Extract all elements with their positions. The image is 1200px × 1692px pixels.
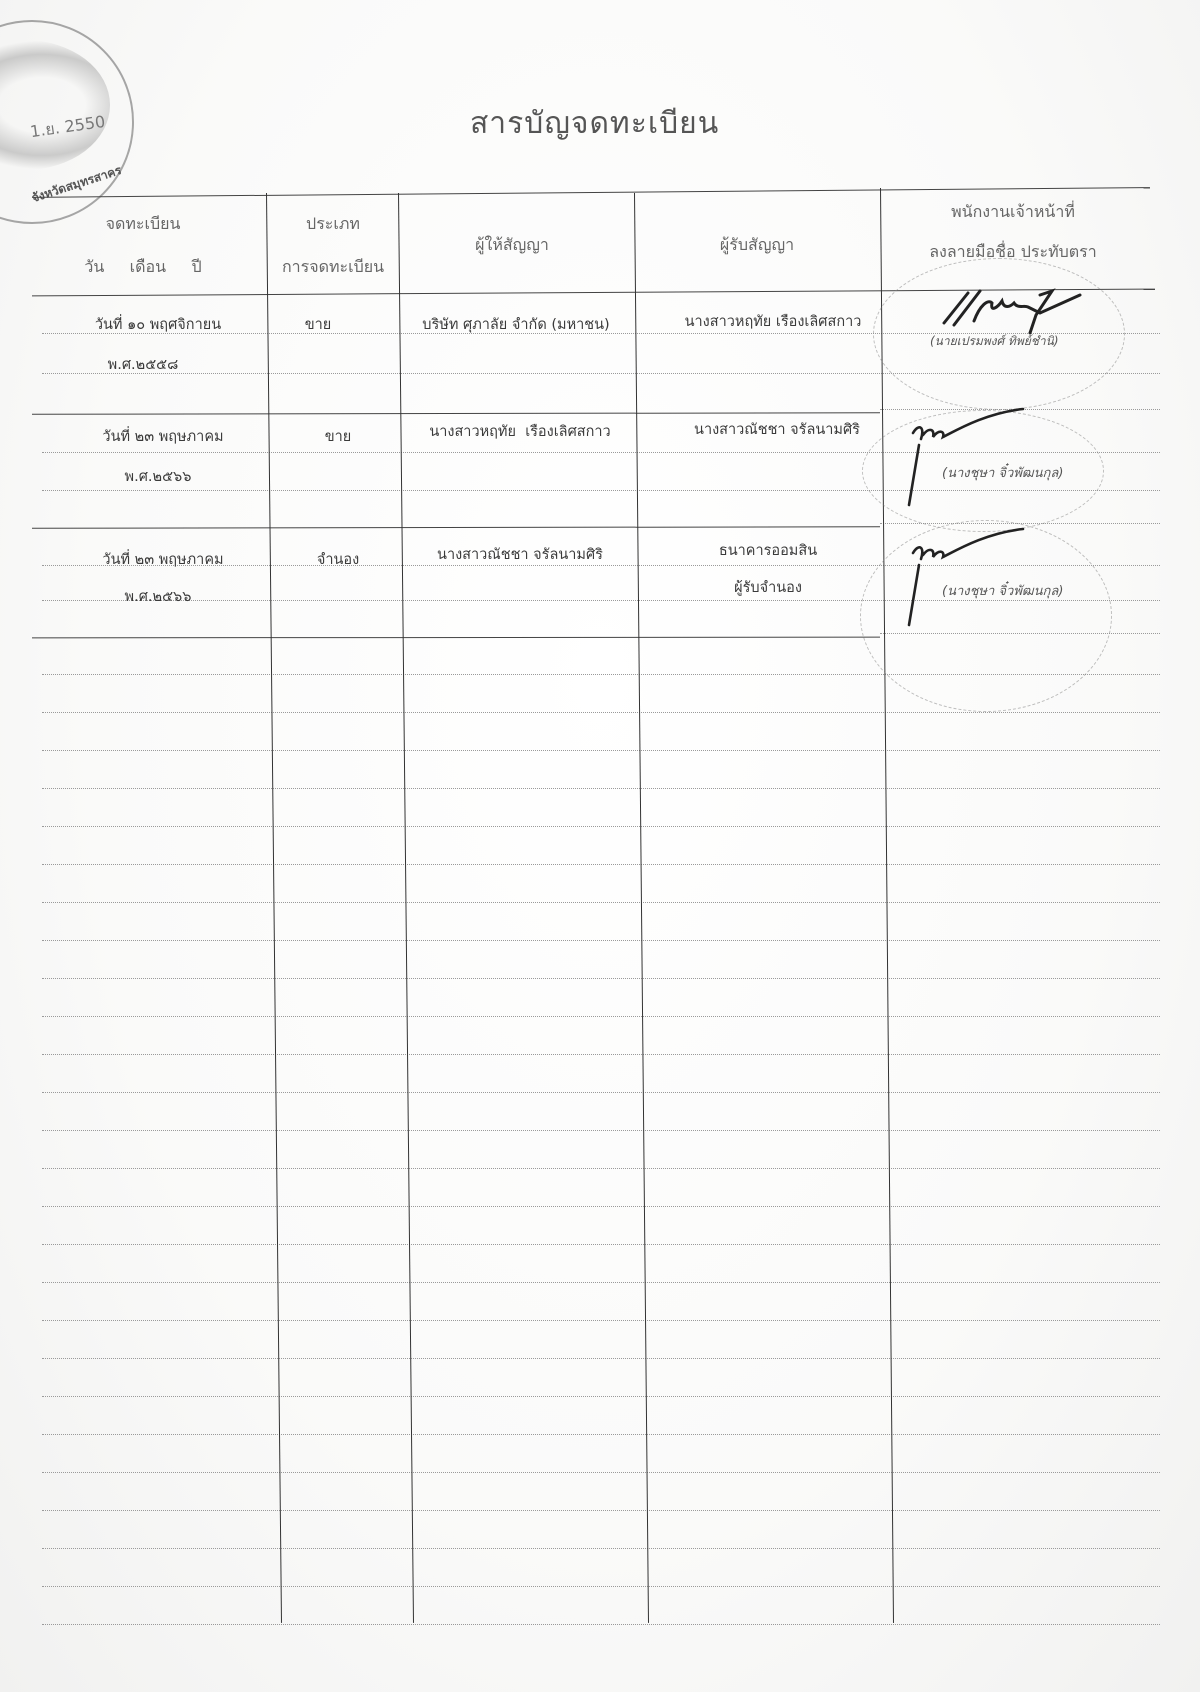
ruled-line [42,902,1160,903]
ruled-line [42,1396,1160,1397]
column-divider [880,188,894,1623]
row2-officer-name: (นางชุษา จิ๋วพัฒนกุล) [942,462,1063,483]
table-rule [32,412,880,414]
row1-date-line2: พ.ศ.๒๕๕๘ [108,353,179,376]
table-rule [32,526,880,528]
table-rule [32,187,1150,198]
page-title: สารบัญจดทะเบียน [470,100,730,147]
row3-date-line2: พ.ศ.๒๕๖๖ [125,585,192,608]
ruled-line [42,1320,1160,1321]
row2-date-line1: วันที่ ๒๓ พฤษภาคม [102,425,223,448]
ruled-line [42,1624,1160,1625]
row1-grantee: นางสาวหฤทัย เรืองเลิศสกาว [685,310,862,333]
ruled-line [42,940,1160,941]
column-divider [266,193,282,1623]
document-page: 1.ย. 2550 จังหวัดสมุทรสาคร สารบัญจดทะเบี… [0,0,1200,1692]
ruled-line [42,1168,1160,1169]
row3-type: จำนอง [317,548,359,571]
header-type-line1: ประเภท [306,212,360,237]
ruled-line [42,1586,1160,1587]
ruled-line [42,826,1160,827]
table-rule [32,637,880,639]
row1-officer-name: (นายเปรมพงศ์ ทิพย์ชำนิ) [930,332,1059,351]
ruled-line [42,1130,1160,1131]
header-grantee: ผู้รับสัญญา [720,233,794,258]
ruled-line [42,1548,1160,1549]
row2-grantor: นางสาวหฤทัย เรืองเลิศสกาว [429,420,610,443]
ruled-line [42,788,1160,789]
header-date-line2: วัน เดือน ปี [84,255,201,280]
row3-date-line1: วันที่ ๒๓ พฤษภาคม [102,548,223,571]
row3-officer-name: (นางชุษา จิ๋วพัฒนกุล) [942,580,1063,601]
ruled-line [42,1092,1160,1093]
ruled-line [42,1434,1160,1435]
header-date-line1: จดทะเบียน [106,212,181,237]
row2-date-line2: พ.ศ.๒๕๖๖ [125,465,192,488]
ruled-line [42,1244,1160,1245]
row1-grantor: บริษัท ศุภาลัย จำกัด (มหาชน) [422,313,609,336]
row3-grantee-line1: ธนาคารออมสิน [719,539,817,562]
ruled-line [42,864,1160,865]
ruled-line [42,1282,1160,1283]
row3-grantee-line2: ผู้รับจำนอง [734,576,802,599]
header-type-line2: การจดทะเบียน [282,255,384,280]
officer-signature-2 [905,405,1035,510]
ruled-line [42,1054,1160,1055]
ruled-line [42,750,1160,751]
row1-type: ขาย [305,313,332,336]
ruled-line [42,1510,1160,1511]
row3-grantor: นางสาวณัชชา จรัลนามศิริ [437,543,603,566]
ruled-line [42,1472,1160,1473]
ruled-line [42,1016,1160,1017]
row1-date-line1: วันที่ ๑๐ พฤศจิกายน [95,313,221,336]
header-grantor: ผู้ให้สัญญา [475,233,549,258]
ruled-line [42,712,1160,713]
header-officer-line1: พนักงานเจ้าหน้าที่ [951,200,1075,225]
ruled-line [42,1358,1160,1359]
column-divider [398,193,414,1623]
row2-type: ขาย [325,425,352,448]
row2-grantee: นางสาวณัชชา จรัลนามศิริ [694,418,860,441]
ruled-line [42,1206,1160,1207]
ruled-line [42,978,1160,979]
column-divider [634,193,649,1623]
officer-signature-3 [905,525,1035,630]
